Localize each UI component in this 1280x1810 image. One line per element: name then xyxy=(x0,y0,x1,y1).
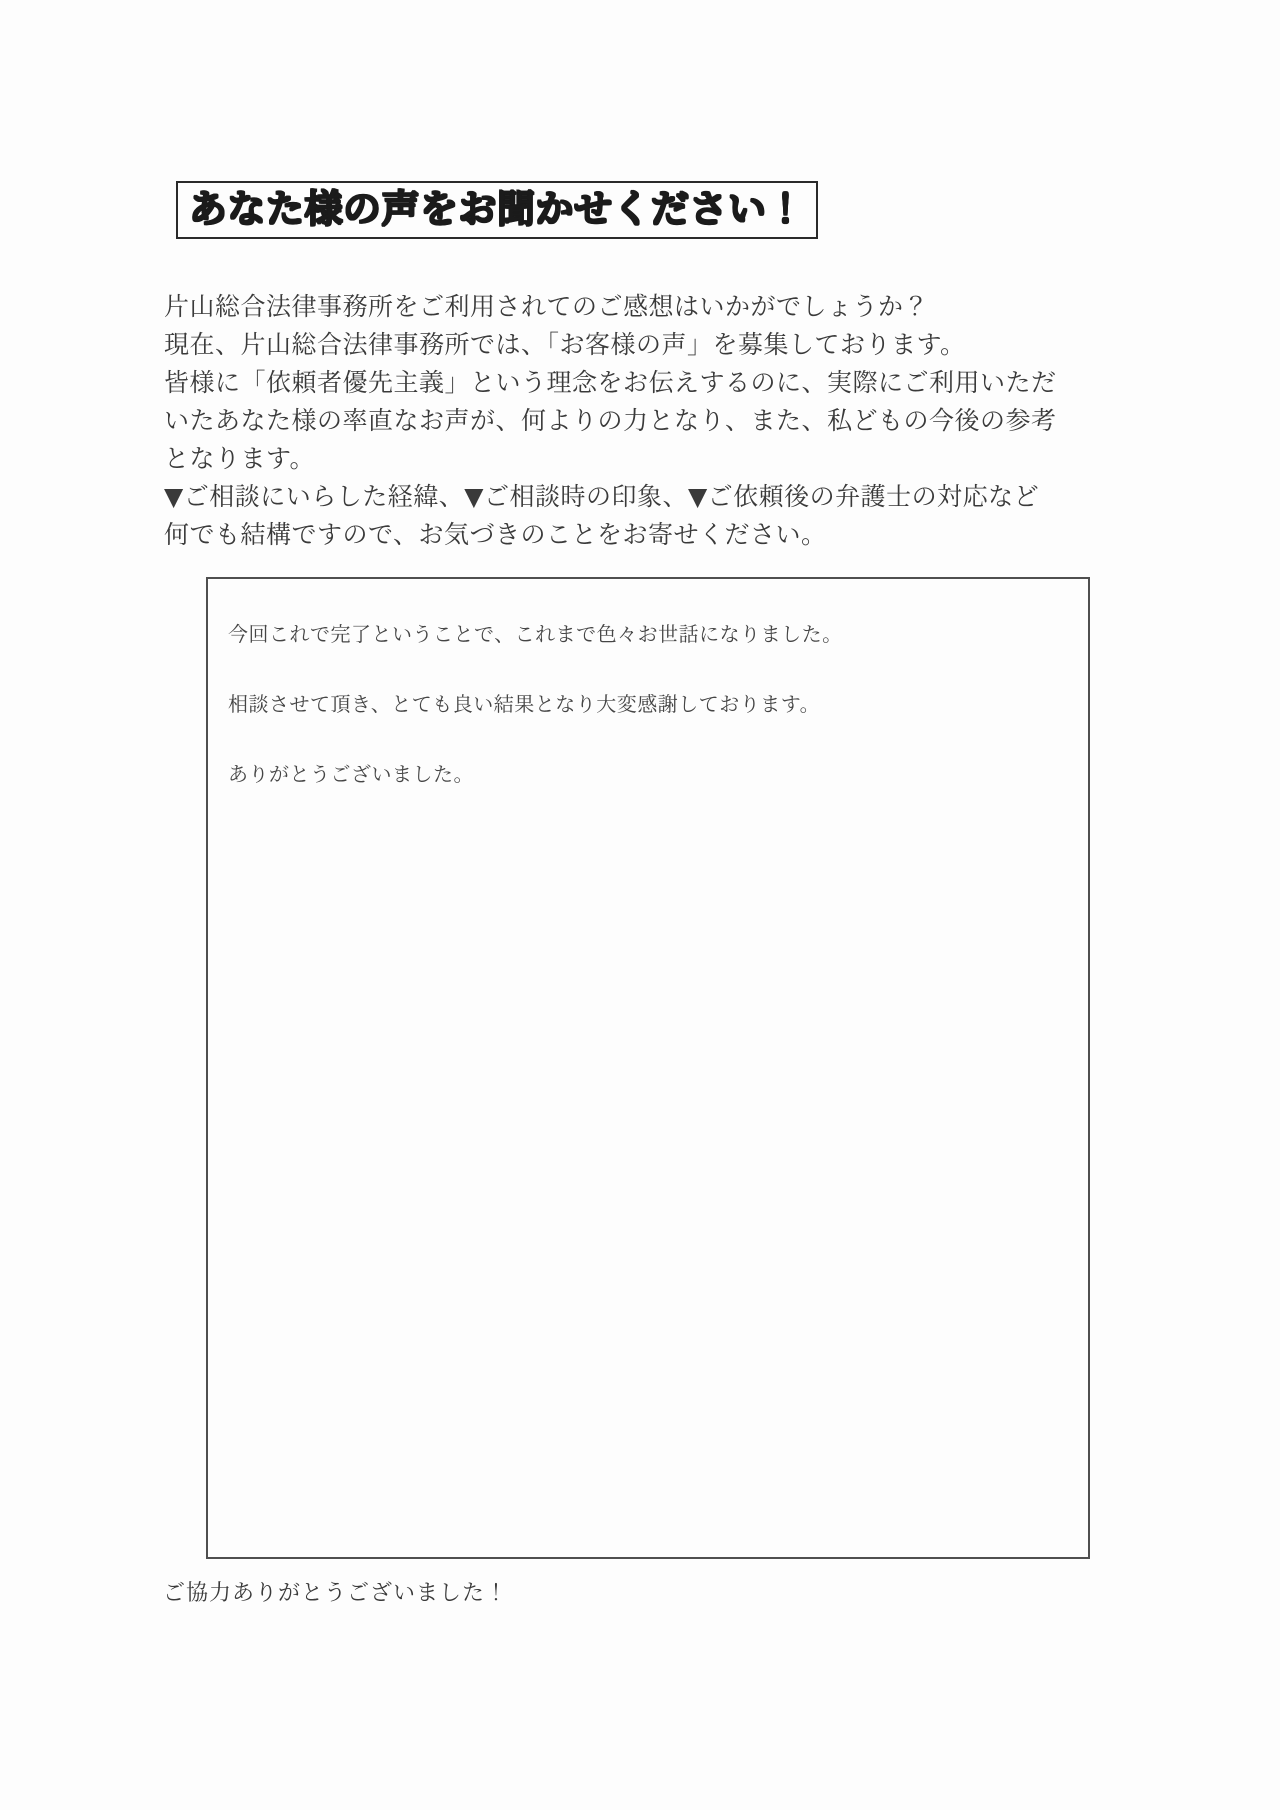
scanned-feedback-page: あなた様の声をお聞かせください！ 片山総合法律事務所をご利用されてのご感想はいか… xyxy=(0,0,1280,1810)
feedback-line: 今回これで完了ということで、これまで色々お世話になりました。 xyxy=(228,619,1068,649)
feedback-line: ありがとうございました。 xyxy=(228,759,1068,789)
intro-line: 何でも結構ですので、お気づきのことをお寄せください。 xyxy=(164,516,1124,554)
page-title: あなた様の声をお聞かせください！ xyxy=(189,187,805,231)
intro-line: 皆様に「依頼者優先主義」という理念をお伝えするのに、実際にご利用いただ xyxy=(164,364,1124,402)
title-banner: あなた様の声をお聞かせください！ xyxy=(176,181,818,239)
closing-note: ご協力ありがとうございました！ xyxy=(163,1578,508,1610)
intro-line: となります。 xyxy=(164,440,1124,478)
intro-line: 片山総合法律事務所をご利用されてのご感想はいかがでしょうか？ xyxy=(164,288,1124,326)
intro-paragraph: 片山総合法律事務所をご利用されてのご感想はいかがでしょうか？ 現在、片山総合法律… xyxy=(164,288,1124,554)
feedback-box: 今回これで完了ということで、これまで色々お世話になりました。 相談させて頂き、と… xyxy=(206,577,1090,1559)
feedback-line: 相談させて頂き、とても良い結果となり大変感謝しております。 xyxy=(228,689,1068,719)
intro-line: 現在、片山総合法律事務所では、「お客様の声」を募集しております。 xyxy=(164,326,1124,364)
intro-line: ▼ご相談にいらした経緯、▼ご相談時の印象、▼ご依頼後の弁護士の対応など xyxy=(164,478,1124,516)
intro-line: いたあなた様の率直なお声が、何よりの力となり、また、私どもの今後の参考 xyxy=(164,402,1124,440)
